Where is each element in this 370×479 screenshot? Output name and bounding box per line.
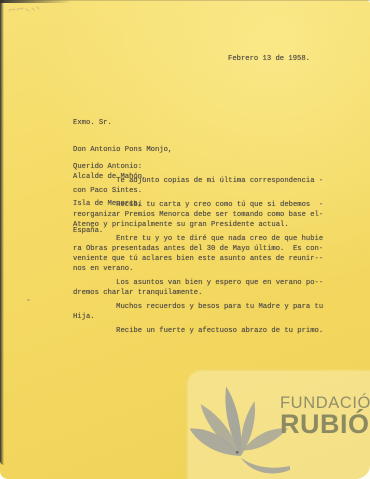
letter-body: Querido Antonio: Te adjunto copias de mi… [73, 162, 335, 336]
letter-date: Febrero 13 de 1958. [228, 55, 310, 63]
paragraph-5: Muchos recuerdos y besos para tu Madre y… [73, 302, 335, 322]
scanned-letter-page: Febrero 13 de 1958. Exmo. Sr. Don Antoni… [0, 0, 370, 479]
logo-rubio-text: RUBIÓ [280, 411, 370, 438]
salutation: Querido Antonio: [73, 162, 335, 172]
paragraph-6: Recibe un fuerte y afectuoso abrazo de t… [73, 326, 335, 336]
lotus-leaf-icon [190, 375, 290, 475]
recipient-name: Don Antonio Pons Monjo, [73, 146, 172, 155]
paragraph-3: Entre tu y yo te diré que nada creo de q… [73, 234, 335, 274]
paragraph-4: Los asuntos van bien y espero que en ver… [73, 278, 335, 298]
paragraph-1: Te adjunto copias de mi última correspon… [73, 176, 335, 196]
recipient-title: Exmo. Sr. [73, 119, 172, 128]
fundacio-rubio-watermark: FUNDACIÓ RUBIÓ [188, 371, 370, 479]
paragraph-2: Recibí tu carta y creo como tú que si de… [73, 200, 335, 230]
logo-wordmark: FUNDACIÓ RUBIÓ [280, 395, 370, 438]
